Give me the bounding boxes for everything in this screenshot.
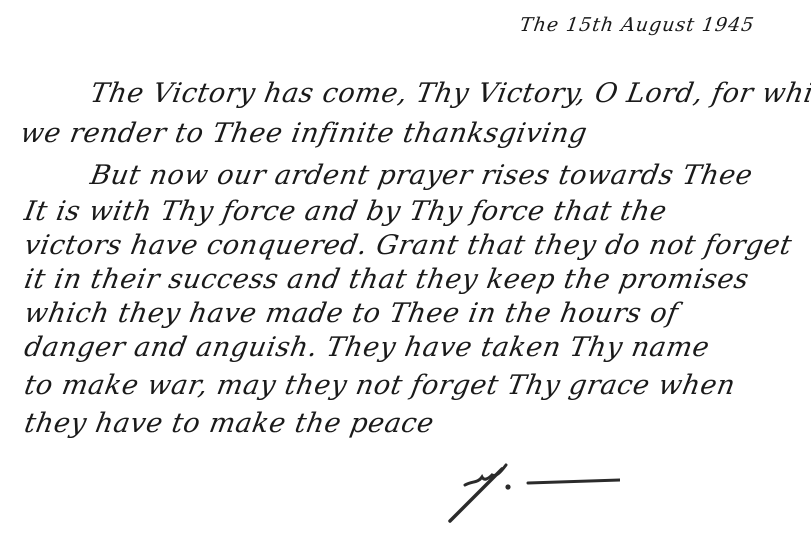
letter-line-2: we render to Thee infinite thanksgiving	[18, 118, 590, 149]
letter-line-4: It is with Thy force and by Thy force th…	[22, 196, 669, 227]
letter-line-5: victors have conquered. Grant that they …	[22, 230, 794, 261]
letter-line-10: they have to make the peace	[22, 408, 437, 439]
handwritten-letter: The 15th August 1945 The Victory has com…	[0, 0, 811, 540]
letter-line-3: But now our ardent prayer rises towards …	[88, 160, 755, 191]
letter-line-8: danger and anguish. They have taken Thy …	[22, 332, 712, 363]
letter-line-7: which they have made to Thee in the hour…	[22, 298, 681, 329]
letter-line-9: to make war, may they not forget Thy gra…	[22, 370, 738, 401]
letter-line-6: it in their success and that they keep t…	[22, 264, 751, 295]
signature-icon	[440, 455, 620, 535]
letter-date: The 15th August 1945	[518, 14, 756, 36]
letter-line-1: The Victory has come, Thy Victory, O Lor…	[88, 78, 811, 109]
